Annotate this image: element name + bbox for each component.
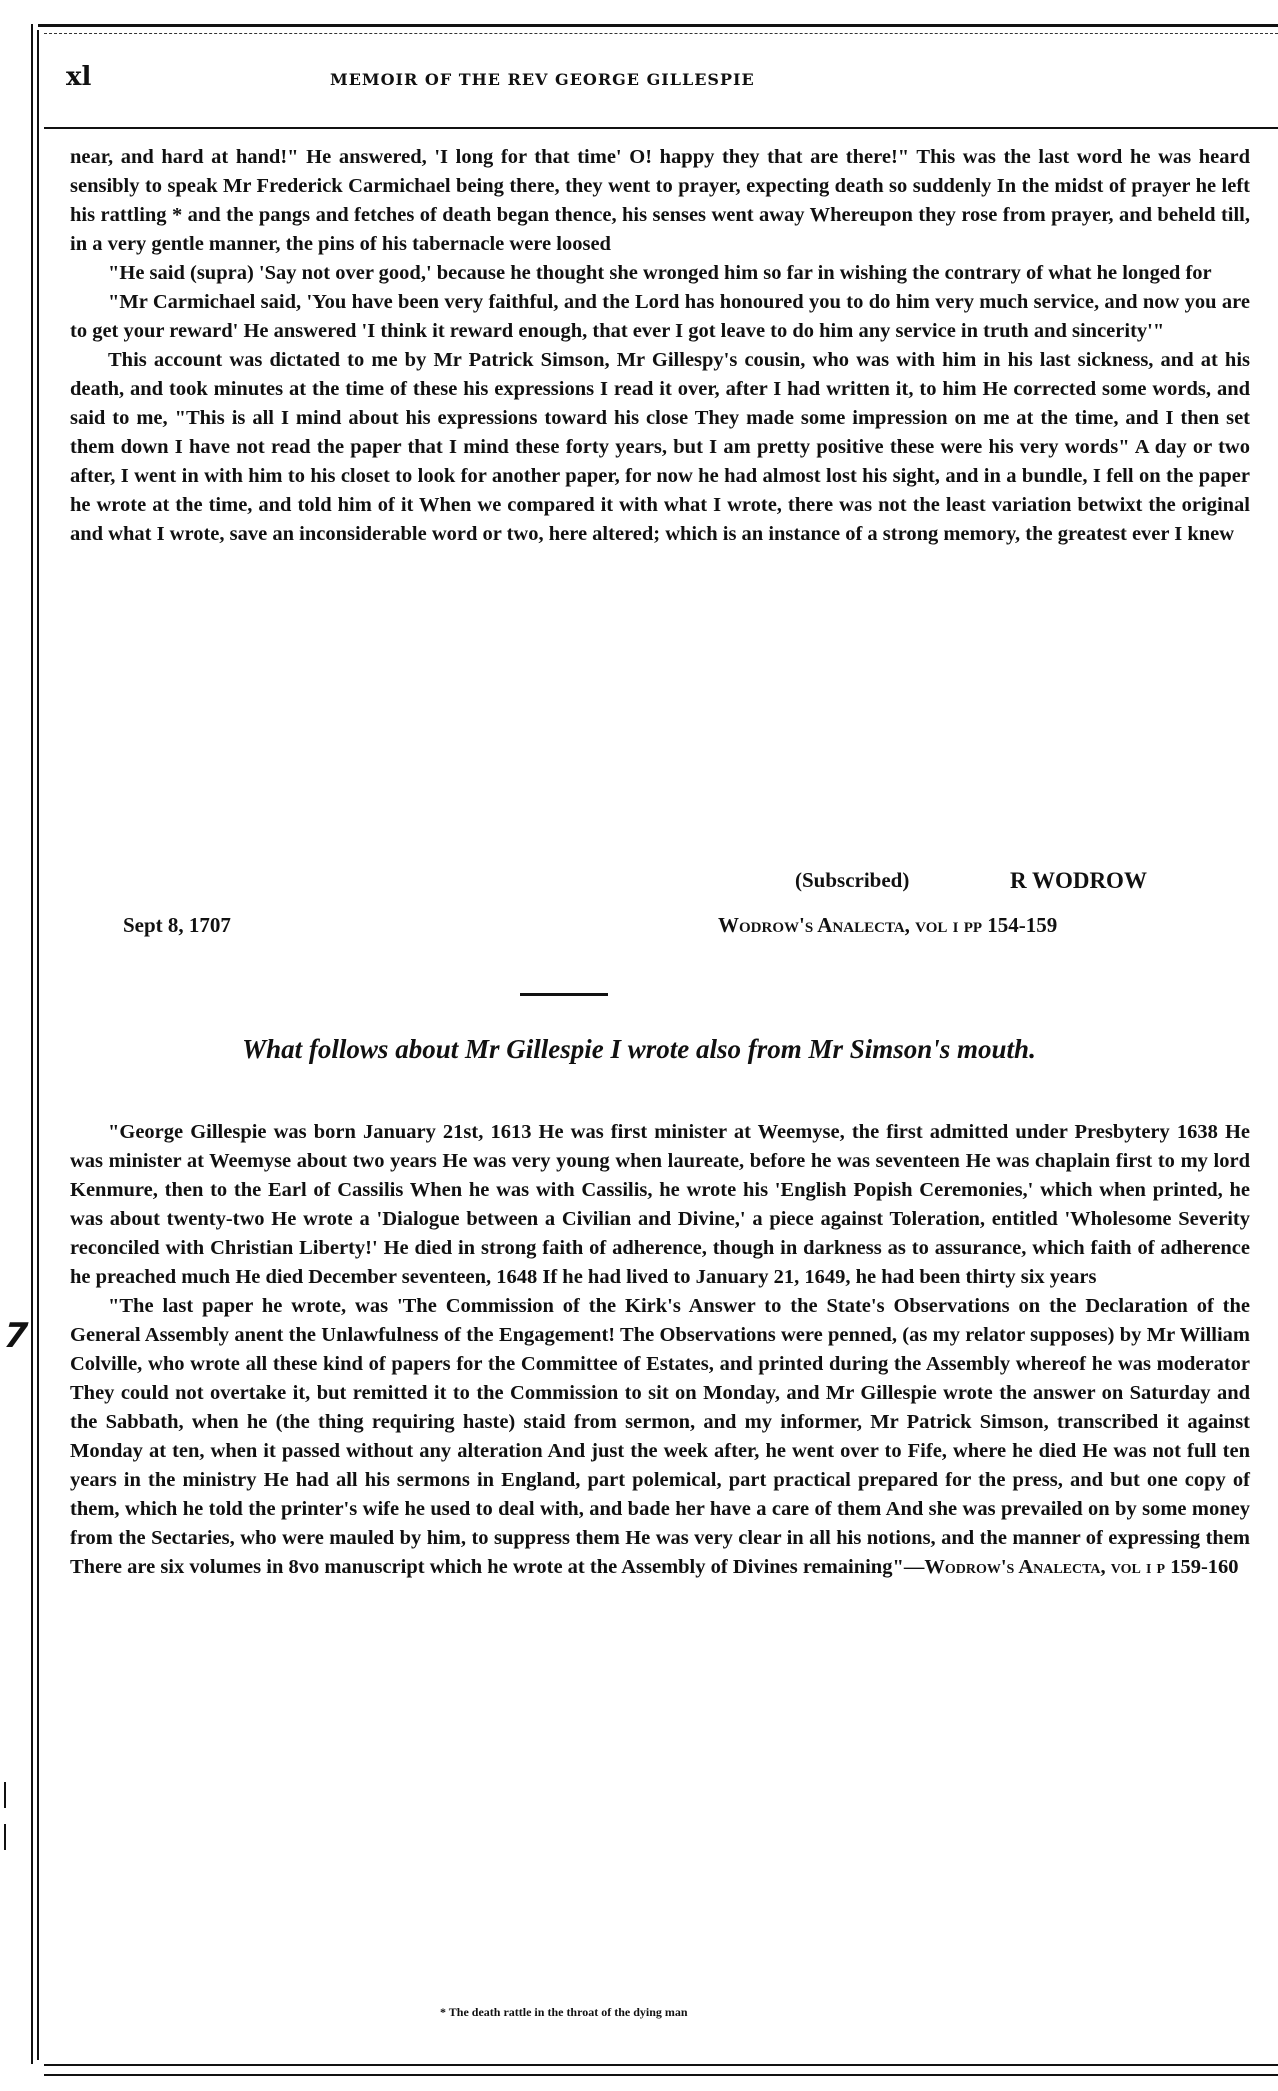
top-border-rule-secondary	[44, 33, 1278, 34]
paragraph: "The last paper he wrote, was 'The Commi…	[70, 1292, 1250, 1582]
section-1-body: near, and hard at hand!" He answered, 'I…	[70, 143, 1250, 549]
margin-tick-mark	[4, 1782, 6, 1808]
subscribed-label: (Subscribed)	[795, 868, 909, 893]
footnote: * The death rattle in the throat of the …	[440, 2005, 688, 2020]
date-line: Sept 8, 1707	[123, 913, 231, 938]
section-divider	[520, 993, 608, 996]
paragraph: "Mr Carmichael said, 'You have been very…	[70, 288, 1250, 346]
margin-tick-mark	[4, 1824, 6, 1850]
signature: R WODROW	[1010, 868, 1147, 894]
paragraph-text: "The last paper he wrote, was 'The Commi…	[70, 1295, 1250, 1578]
section-heading: What follows about Mr Gillespie I wrote …	[0, 1034, 1278, 1065]
citation: Wodrow's Analecta, vol i p 159-160	[924, 1556, 1238, 1578]
book-page: xl MEMOIR OF THE REV GEORGE GILLESPIE ne…	[0, 0, 1278, 2091]
page-number: xl	[66, 62, 91, 92]
bottom-border-rule	[44, 2064, 1278, 2066]
header-rule	[44, 127, 1278, 129]
citation: Wodrow's Analecta, vol i pp 154-159	[718, 913, 1057, 938]
paragraph: near, and hard at hand!" He answered, 'I…	[70, 143, 1250, 259]
margin-annotation: 7	[0, 1316, 33, 1356]
running-head: MEMOIR OF THE REV GEORGE GILLESPIE	[330, 70, 755, 89]
bottom-border-rule-secondary	[44, 2074, 1278, 2076]
top-border-rule	[38, 24, 1278, 27]
paragraph: "He said (supra) 'Say not over good,' be…	[70, 259, 1250, 288]
paragraph: "George Gillespie was born January 21st,…	[70, 1118, 1250, 1292]
paragraph: This account was dictated to me by Mr Pa…	[70, 346, 1250, 549]
section-2-body: "George Gillespie was born January 21st,…	[70, 1118, 1250, 1582]
